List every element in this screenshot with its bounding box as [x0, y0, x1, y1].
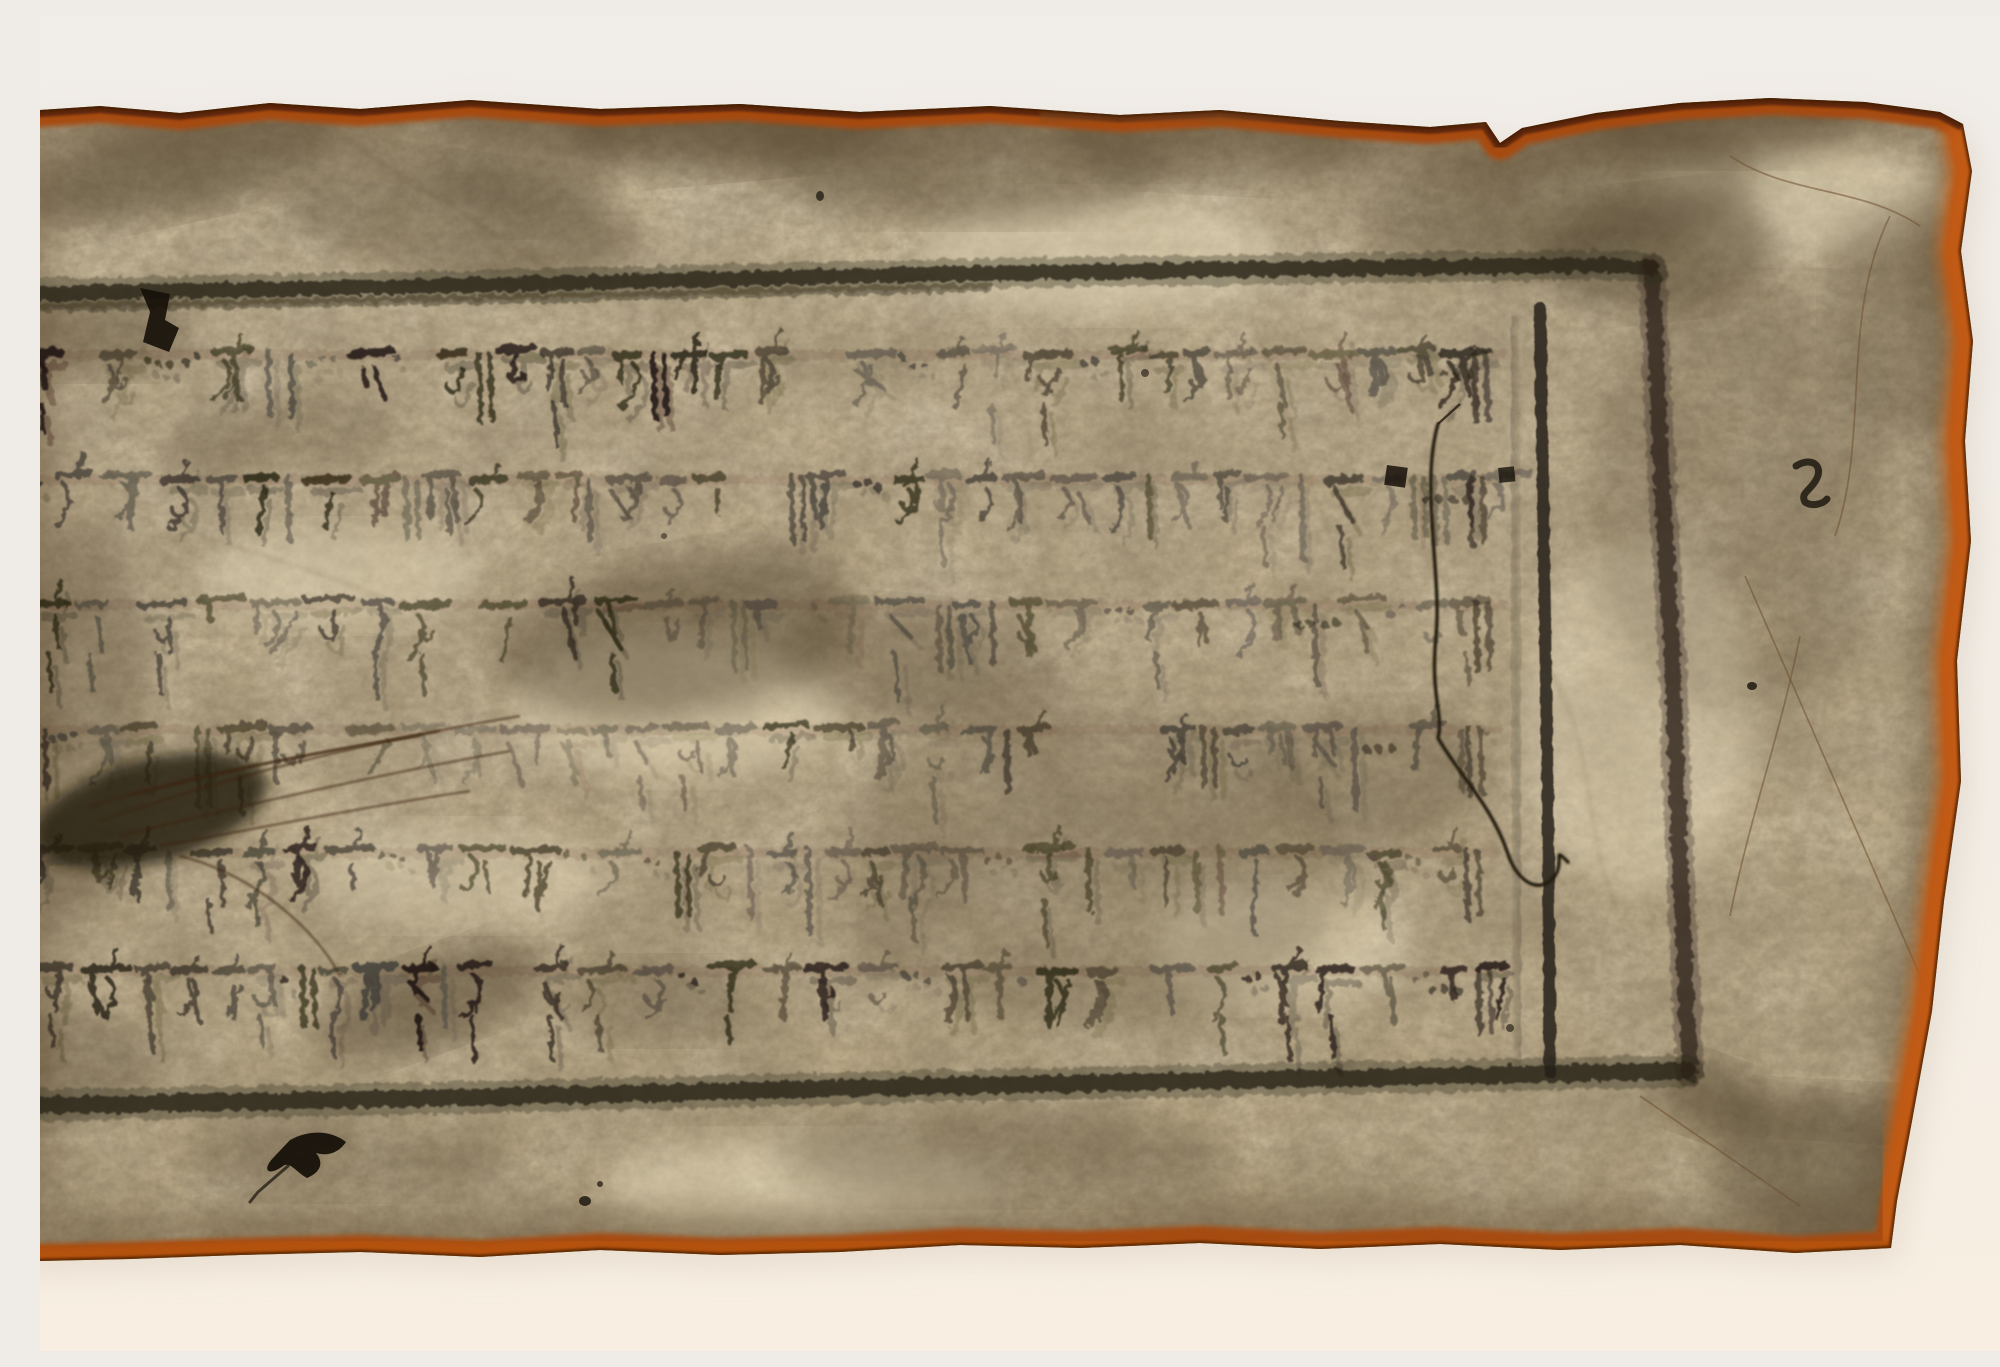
- glyph-cluster: [1354, 728, 1356, 809]
- glyph-cluster: [1220, 849, 1222, 913]
- ink-blot: [1384, 465, 1408, 488]
- glyph-cluster: [808, 850, 810, 934]
- glyph-cluster: [452, 980, 454, 1040]
- stain-smudge: [180, 1116, 500, 1196]
- ink-blot: [1498, 466, 1515, 483]
- glyph-cluster: [279, 976, 287, 984]
- glyph-cluster: [811, 604, 817, 610]
- glyph-cluster: [1088, 849, 1090, 911]
- ink-blot: [661, 533, 667, 539]
- glyph-cluster: [1315, 606, 1317, 684]
- ink-blot: [579, 1196, 591, 1206]
- glyph-cluster: [168, 853, 170, 911]
- glyph-cluster: [1196, 853, 1198, 912]
- glyph-cluster: [582, 855, 589, 862]
- glyph-cluster: [276, 361, 278, 425]
- ink-blot: [816, 191, 824, 201]
- manuscript-photo: Photograph of an aged woodblock-printed …: [40, 16, 2000, 1351]
- glyph-cluster: [1113, 616, 1143, 624]
- glyph-cluster: [1483, 730, 1489, 736]
- glyph-cluster: [749, 849, 751, 917]
- glyph-cluster: [590, 867, 597, 874]
- glyph-cluster: [1202, 866, 1204, 925]
- paper-surface: [40, 46, 2000, 1316]
- glyph-cluster: [1154, 485, 1156, 546]
- glyph-cluster: [1096, 861, 1098, 923]
- glyph-cluster: [393, 354, 401, 362]
- glyph-cluster: [174, 862, 176, 920]
- glyph-cluster: [1461, 730, 1463, 790]
- glyph-cluster: [758, 864, 760, 932]
- glyph-cluster: [1105, 607, 1135, 615]
- stain-smudge: [780, 1111, 1220, 1201]
- glyph-cluster: [444, 967, 446, 1027]
- glyph-cluster: [818, 859, 820, 943]
- glyph-cluster: [1149, 476, 1151, 537]
- ink-blot: [597, 1181, 603, 1187]
- manuscript-render: [40, 16, 2000, 1351]
- glyph-cluster: [1006, 730, 1008, 794]
- glyph-cluster: [563, 851, 572, 860]
- glyph-cluster: [1491, 739, 1497, 745]
- glyph-cluster: [268, 351, 270, 415]
- glyph-cluster: [1018, 977, 1027, 986]
- glyph-cluster: [288, 476, 290, 540]
- glyph-cluster: [1301, 477, 1303, 560]
- glyph-cluster: [290, 354, 292, 418]
- ink-blot: [1747, 682, 1757, 690]
- glyph-cluster: [596, 493, 598, 553]
- glyph-cluster: [290, 990, 298, 998]
- glyph-cluster: [399, 365, 407, 373]
- glyph-cluster: [588, 481, 590, 541]
- glyph-cluster: [1307, 490, 1309, 573]
- ink-blot: [1141, 369, 1149, 377]
- glyph-cluster: [819, 615, 825, 621]
- glyph-cluster: [297, 366, 299, 430]
- ink-blot: [1506, 1024, 1514, 1032]
- glyph-cluster: [992, 604, 994, 664]
